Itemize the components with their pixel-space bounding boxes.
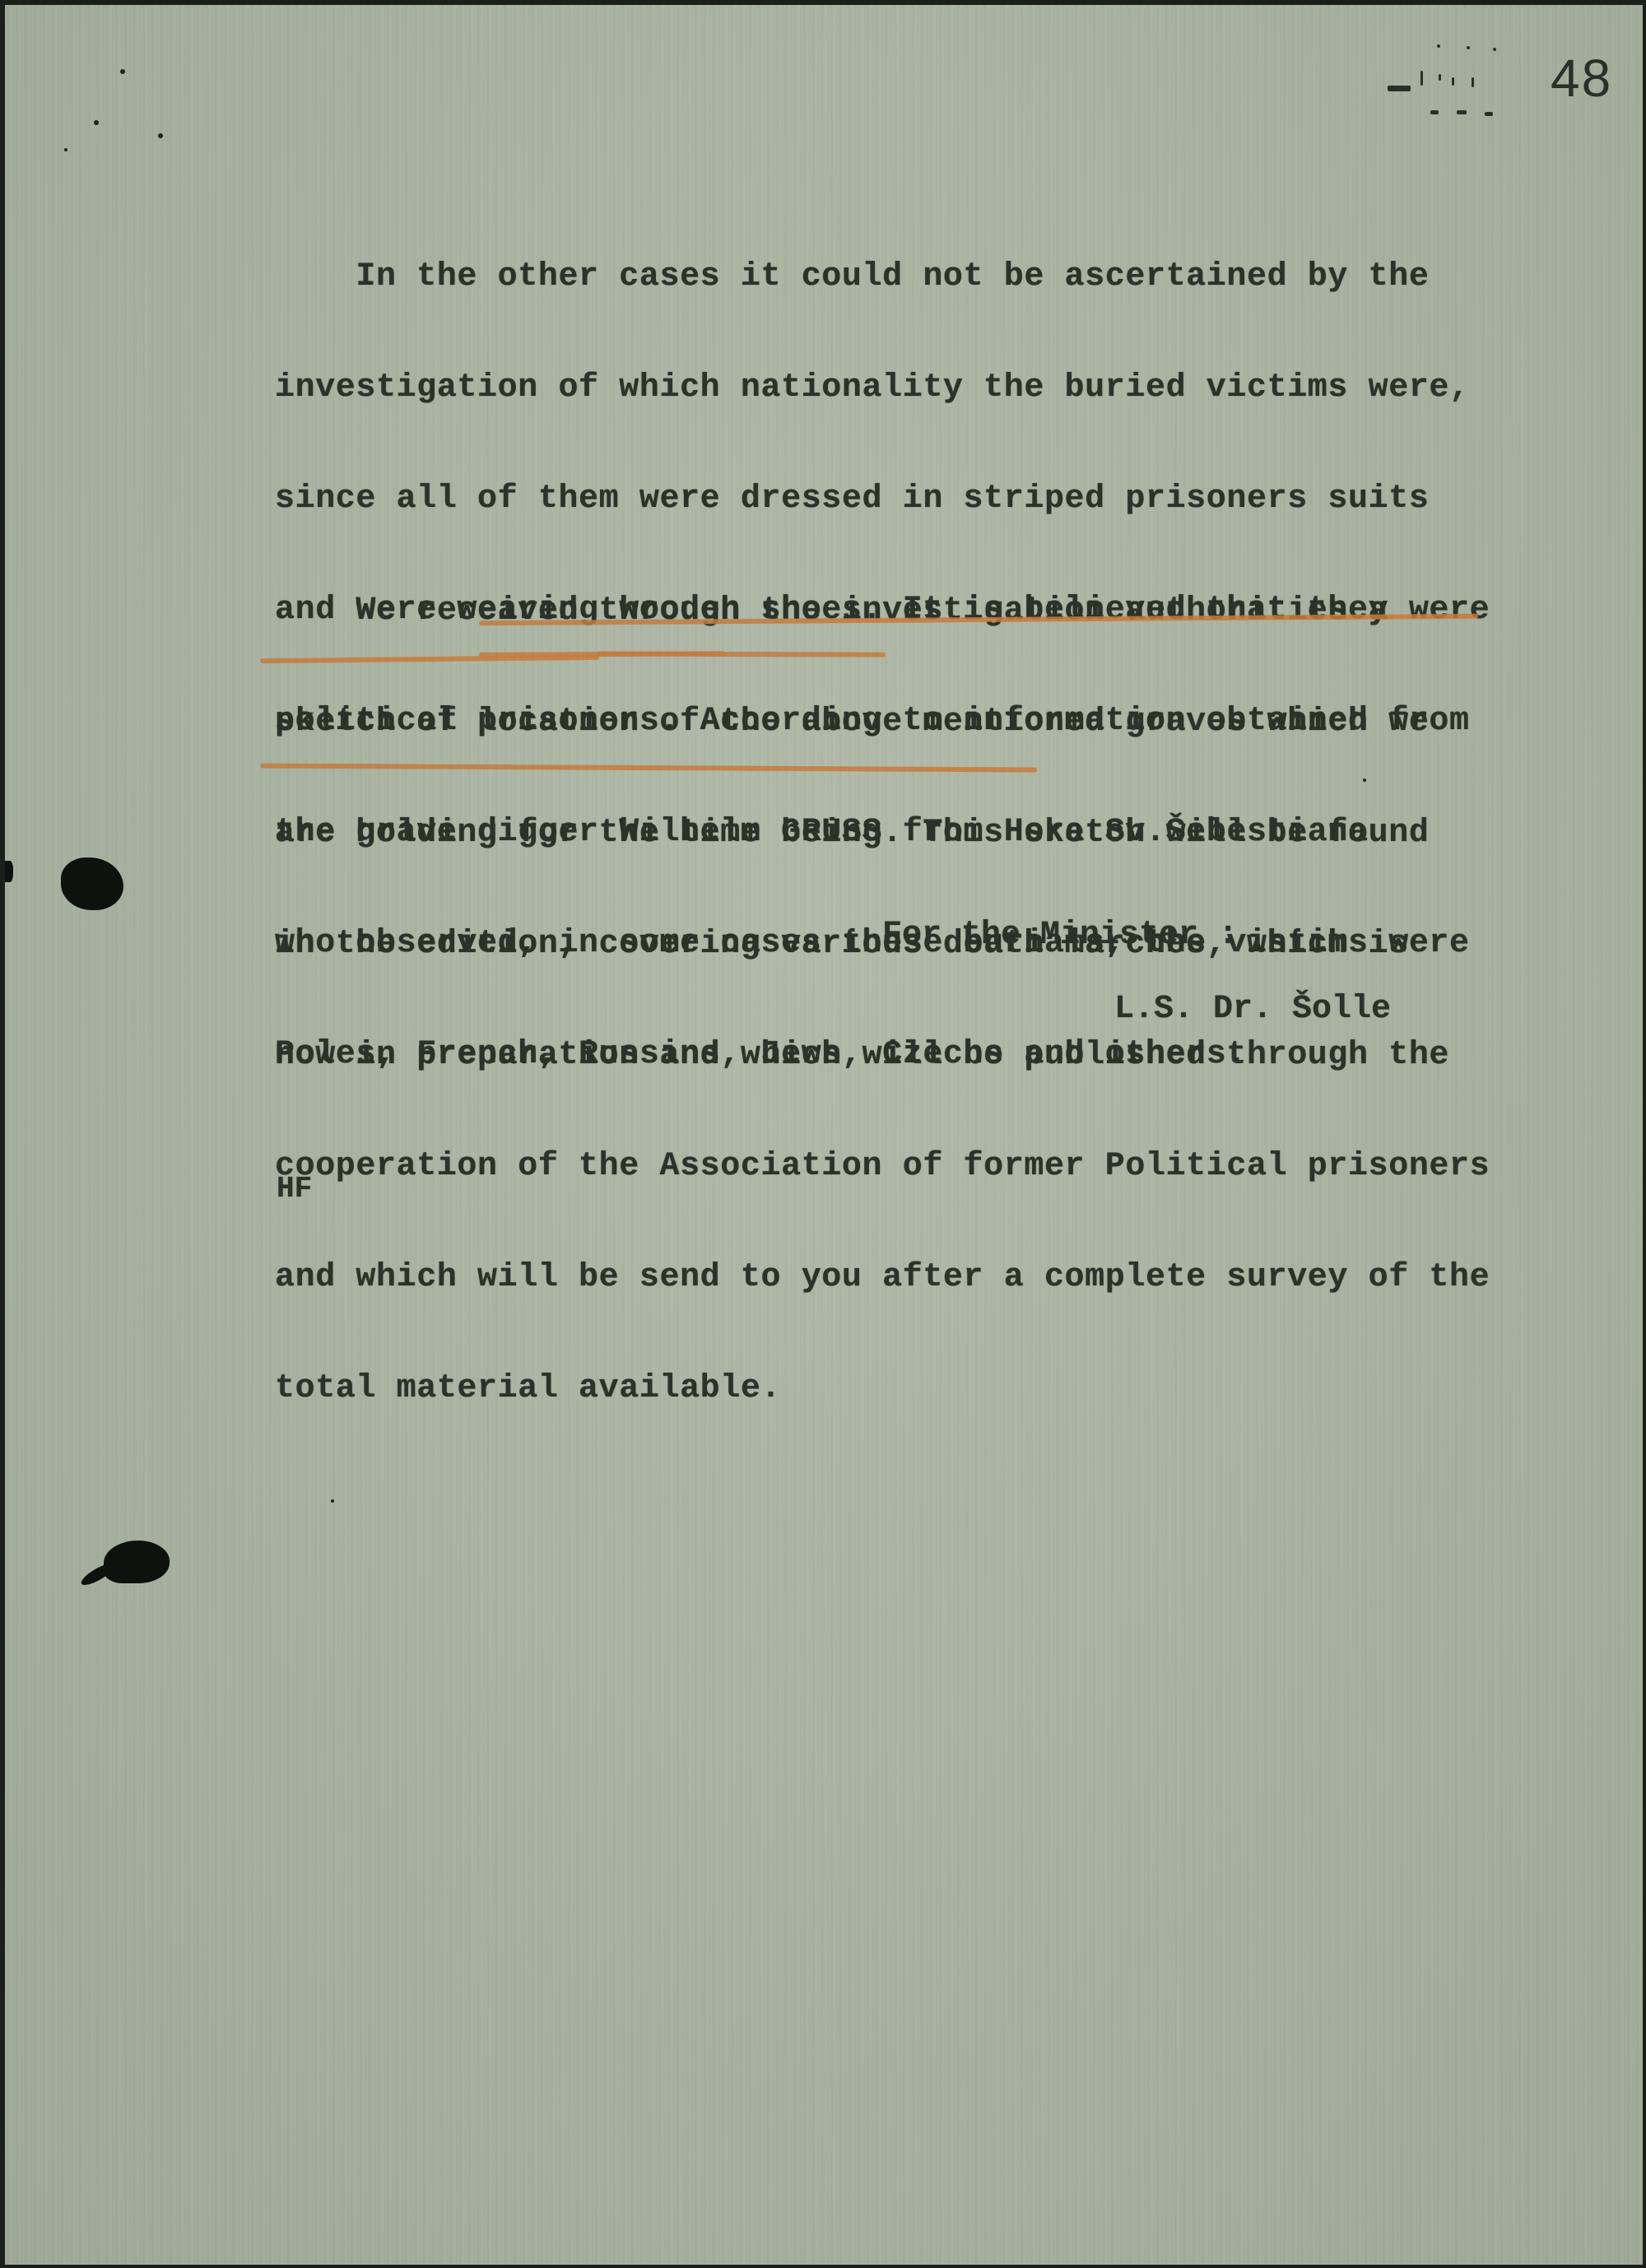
punch-hole (104, 1541, 170, 1583)
stamp-marks (1388, 38, 1519, 120)
paragraph-line: are holding for the time being. This ske… (275, 815, 1490, 852)
paragraph-line: since all of them were dressed in stripe… (275, 481, 1490, 518)
paragraph-line: In the other cases it could not be ascer… (275, 258, 1490, 295)
paragraph-line: and which will be send to you after a co… (275, 1259, 1490, 1296)
ink-speck (331, 1499, 334, 1503)
paragraph-line: investigation of which nationality the b… (275, 369, 1490, 407)
page-number: 48 (1551, 48, 1612, 109)
ink-speck (1363, 778, 1366, 782)
ink-speck (64, 148, 67, 151)
document-page: 48 In the other cases it could not be as… (5, 5, 1643, 2265)
paragraph-line: total material available. (275, 1370, 1490, 1407)
punch-hole-edge (5, 861, 13, 882)
paragraph-line: We received through the investigation au… (275, 593, 1490, 630)
ink-speck (158, 133, 163, 138)
paragraph-line: now in preparation and which will be pub… (275, 1037, 1490, 1074)
paragraph-line: cooperation of the Association of former… (275, 1148, 1490, 1185)
ink-speck (94, 120, 99, 125)
closing-for-the-minister: For the Minister : (882, 917, 1238, 954)
signature: L.S. Dr. Šolle (1114, 991, 1391, 1028)
typist-initials: HF (277, 1172, 312, 1206)
ink-speck (120, 69, 125, 74)
paragraph-line: sketch of location of the above mentione… (275, 704, 1490, 741)
punch-hole (61, 857, 123, 910)
